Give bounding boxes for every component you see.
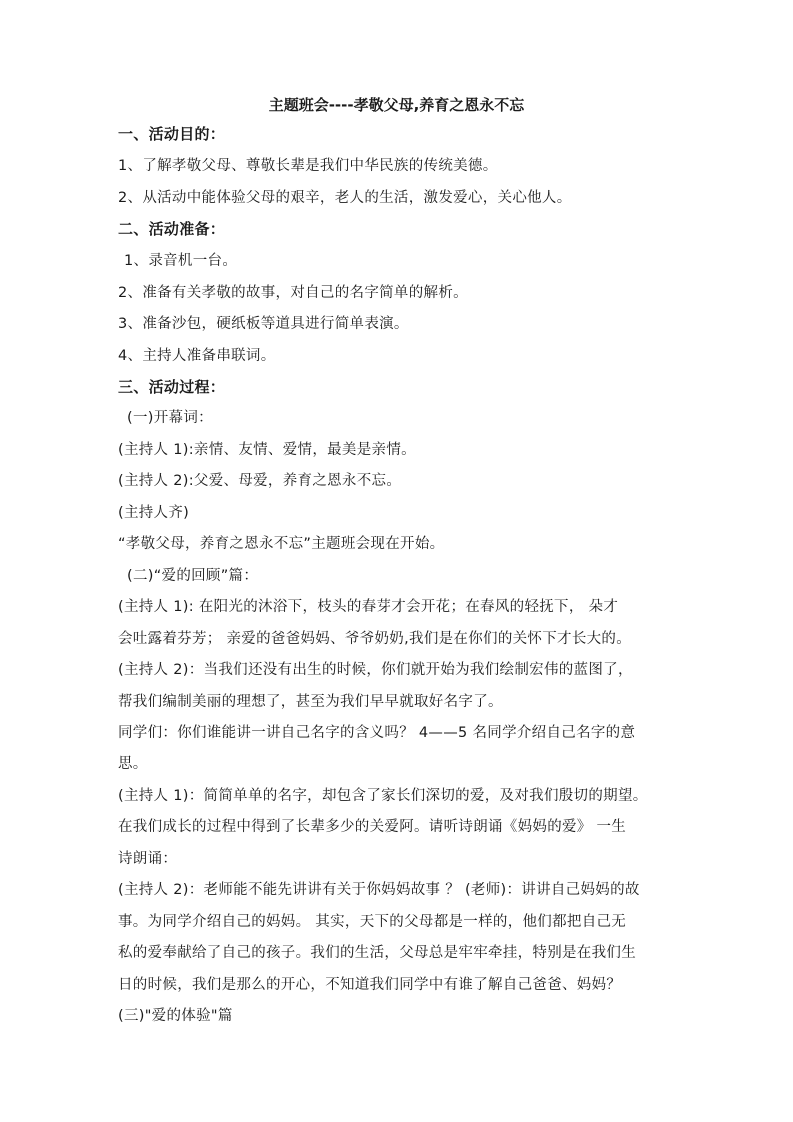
paragraph-line: 2、从活动中能体验父母的艰辛，老人的生活，激发爱心，关心他人。 bbox=[118, 188, 678, 208]
paragraph-line: 私的爱奉献给了自己的孩子。我们的生活，父母总是牢牢牵挂，特别是在我们生 bbox=[118, 943, 678, 963]
document-page: 主题班会----孝敬父母,养育之恩永不忘 一、活动目的： 1、了解孝敬父母、尊敬… bbox=[0, 0, 793, 1122]
paragraph-line: 3、准备沙包，硬纸板等道具进行简单表演。 bbox=[118, 314, 678, 334]
paragraph-line: 思。 bbox=[118, 754, 678, 774]
subsection-heading-opening: (一)开幕词： bbox=[127, 408, 687, 428]
paragraph-line: 同学们：你们谁能讲一讲自己名字的含义吗？ 4——5 名同学介绍自己名字的意 bbox=[118, 723, 678, 743]
paragraph-line: 日的时候，我们是那么的开心，不知道我们同学中有谁了解自己爸爸、妈妈？ bbox=[118, 975, 678, 995]
subsection-heading-experience: (三)"爱的体验"篇 bbox=[118, 1006, 678, 1026]
paragraph-line: 1、录音机一台。 bbox=[124, 251, 684, 271]
paragraph-line: 1、了解孝敬父母、尊敬长辈是我们中华民族的传统美德。 bbox=[118, 156, 678, 176]
paragraph-line: 诗朗诵： bbox=[118, 849, 678, 869]
paragraph-line: 4、主持人准备串联词。 bbox=[118, 346, 678, 366]
paragraph-line: “孝敬父母，养育之恩永不忘”主题班会现在开始。 bbox=[118, 534, 678, 554]
document-title: 主题班会----孝敬父母,养育之恩永不忘 bbox=[0, 95, 793, 115]
paragraph-line: (主持人 2):父爱、母爱，养育之恩永不忘。 bbox=[118, 471, 678, 491]
paragraph-line: (主持人齐) bbox=[118, 503, 678, 523]
paragraph-line: 事。为同学介绍自己的妈妈。 其实，天下的父母都是一样的，他们都把自己无 bbox=[118, 912, 678, 932]
section-heading-process: 三、活动过程： bbox=[118, 377, 678, 397]
paragraph-line: (主持人 1):亲情、友情、爱情，最美是亲情。 bbox=[118, 440, 678, 460]
paragraph-line: (主持人 2)：当我们还没有出生的时候，你们就开始为我们绘制宏伟的蓝图了， bbox=[118, 660, 678, 680]
paragraph-line: (主持人 1): 在阳光的沐浴下，枝头的春芽才会开花；在春风的轻抚下， 朵才 bbox=[118, 597, 678, 617]
paragraph-line: 在我们成长的过程中得到了长辈多少的关爱阿。请听诗朗诵《妈妈的爱》 一生 bbox=[118, 817, 678, 837]
subsection-heading-review: (二)“爱的回顾”篇： bbox=[127, 566, 687, 586]
section-heading-purpose: 一、活动目的： bbox=[118, 124, 678, 144]
paragraph-line: 帮我们编制美丽的理想了，甚至为我们早早就取好名字了。 bbox=[118, 692, 678, 712]
paragraph-line: (主持人 2)：老师能不能先讲讲有关于你妈妈故事 ？ (老师)：讲讲自己妈妈的故 bbox=[118, 880, 678, 900]
section-heading-preparation: 二、活动准备： bbox=[118, 219, 678, 239]
paragraph-line: (主持人 1)：简简单单的名字，却包含了家长们深切的爱，及对我们殷切的期望。 bbox=[118, 786, 678, 806]
paragraph-line: 2、准备有关孝敬的故事，对自己的名字简单的解析。 bbox=[118, 283, 678, 303]
paragraph-line: 会吐露着芬芳； 亲爱的爸爸妈妈、爷爷奶奶,我们是在你们的关怀下才长大的。 bbox=[118, 629, 678, 649]
